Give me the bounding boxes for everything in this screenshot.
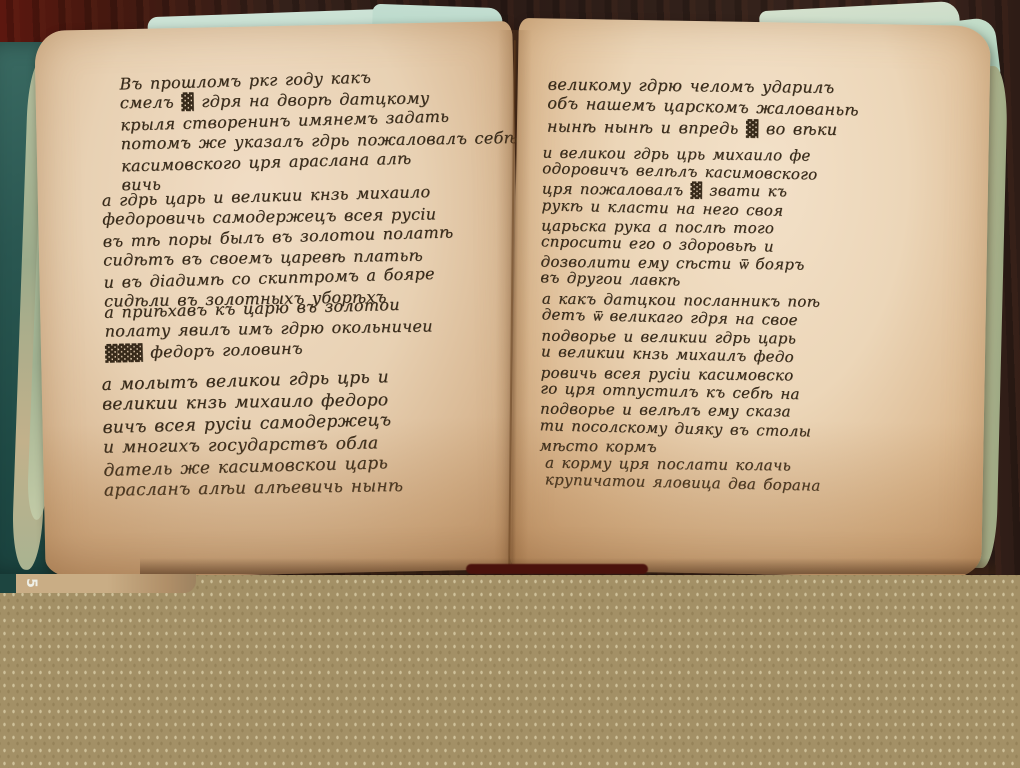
manuscript-line: а гдрь царь и великии кнзь михаило <box>102 180 502 211</box>
manuscript-line: подворье и великии гдрь царь <box>541 326 941 349</box>
manuscript-paragraph: а молытъ великои гдрь црь и великии кнзь… <box>102 365 505 502</box>
manuscript-line: великии кнзь михаило федоро <box>102 388 502 416</box>
manuscript-line: мѣсто кормъ <box>539 437 939 460</box>
manuscript-line: а приѣхавъ къ царю въ золотои <box>104 292 504 323</box>
manuscript-line: великому гдрю челомъ ударилъ <box>548 74 948 100</box>
manuscript-line: и въ дiадимѣ со скиптромъ а бояре <box>103 262 503 293</box>
manuscript-line: крупичатои яловица два борана <box>545 470 945 498</box>
manuscript-photo: Въ прошломъ ркг году какъ смелъ ▓ гдря н… <box>0 0 1020 768</box>
manuscript-line: касимовского цря араслана алѣ <box>121 146 521 177</box>
manuscript-line: потомъ же указалъ гдрь пожаловалъ себѣ <box>121 127 521 154</box>
manuscript-line: Въ прошломъ ркг году какъ <box>119 64 519 95</box>
manuscript-line: го цря отпустилъ къ себѣ на <box>540 379 940 406</box>
manuscript-line: вичъ всея русiи самодержецъ <box>102 407 502 439</box>
manuscript-paragraph: а корму цря послати колачь крупичатои ял… <box>545 452 946 497</box>
manuscript-line: детъ ѿ великаго гдря на свое <box>541 306 941 333</box>
manuscript-line: сидѣтъ въ своемъ царевѣ платьѣ <box>103 244 503 271</box>
manuscript-line: въ другои лавкѣ <box>540 269 940 296</box>
manuscript-line: федоровичь самодержецъ всея русiи <box>102 203 502 230</box>
manuscript-line: ровичь всея русiи касимовско <box>541 363 941 386</box>
manuscript-line: крыля створенинъ имянемъ задать <box>120 105 520 136</box>
manuscript-line: вичь <box>121 168 521 195</box>
manuscript-paragraph: и великои гдрь црь михаило фе одоровичъ … <box>540 142 942 295</box>
bottom-mat <box>0 575 1020 768</box>
manuscript-line: въ тѣ поры былъ въ золотои полатѣ <box>102 221 502 252</box>
manuscript-line: полату явилъ имъ гдрю окольничеи <box>104 315 504 342</box>
manuscript-paragraph: а приѣхавъ къ царю въ золотои полату яви… <box>104 293 505 363</box>
manuscript-line: а какъ датцкои посланникъ поѣ <box>542 290 942 313</box>
manuscript-line: сидѣли въ золотныхъ уборѣхъ <box>104 285 504 312</box>
manuscript-line: и великои гдрь црь михаило фе <box>542 144 942 167</box>
right-page: великому гдрю челомъ ударилъ объ нашемъ … <box>509 18 991 575</box>
manuscript-line: арасланъ алѣи алѣевичь нынѣ <box>104 474 504 502</box>
manuscript-line: датель же касимовскои царь <box>103 450 503 482</box>
manuscript-line: спросити его о здоровьѣ и <box>541 232 941 259</box>
manuscript-paragraph: великому гдрю челомъ ударилъ объ нашемъ … <box>547 72 948 142</box>
manuscript-line: ▓▓▓ федоръ головинъ <box>105 333 505 364</box>
table-gap-shadow <box>466 564 648 574</box>
manuscript-line: смелъ ▓ гдря на дворѣ датцкому <box>120 86 520 113</box>
manuscript-line: а молытъ великои гдрь црь и <box>101 364 501 396</box>
manuscript-line: подворье и велѣлъ ему сказа <box>540 400 940 423</box>
manuscript-paragraph: а какъ датцкои посланникъ поѣ детъ ѿ вел… <box>539 288 942 461</box>
manuscript-line: царьска рука а послѣ того <box>541 216 941 239</box>
left-page: Въ прошломъ ркг году какъ смелъ ▓ гдря н… <box>34 21 523 575</box>
manuscript-paragraph: а гдрь царь и великии кнзь михаило федор… <box>102 181 504 312</box>
manuscript-line: дозволити ему сѣсти ѿ бояръ <box>540 253 940 276</box>
manuscript-line: нынѣ нынѣ и впредь ▓ во вѣки <box>547 116 947 142</box>
manuscript-line: объ нашемъ царскомъ жалованьѣ <box>547 92 947 122</box>
manuscript-line: а корму цря послати колачь <box>545 454 945 478</box>
manuscript-line: ти посолскому дияку въ столы <box>540 416 940 443</box>
manuscript-line: цря пожаловалъ ▓ звати къ <box>542 180 942 203</box>
manuscript-line: одоровичъ велѣлъ касимовского <box>542 160 942 187</box>
manuscript-paragraph: Въ прошломъ ркг году какъ смелъ ▓ гдря н… <box>119 65 521 196</box>
manuscript-line: и многихъ государствъ обла <box>103 431 503 459</box>
photograph: Въ прошломъ ркг году какъ смелъ ▓ гдря н… <box>0 0 1020 575</box>
manuscript-line: и великии кнзь михаилъ федо <box>541 343 941 370</box>
page-number-mark: 5 <box>23 578 39 588</box>
manuscript-line: рукѣ и класти на него своя <box>541 196 941 223</box>
